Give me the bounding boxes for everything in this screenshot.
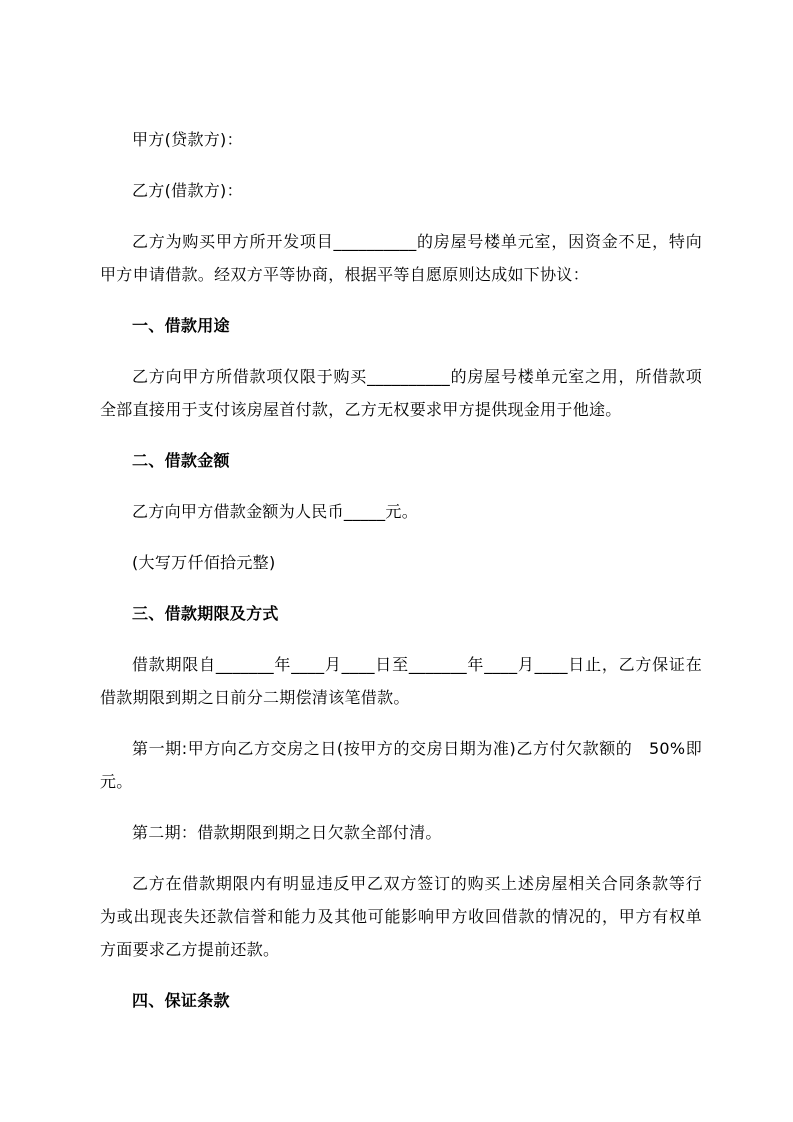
section-1-body-paragraph: 乙方向甲方所借款项仅限于购买__________的房屋号楼单元室之用，所借款项全… [100, 360, 702, 426]
section-3-term-paragraph: 借款期限自_______年____月____日至_______年____月___… [100, 648, 702, 714]
section-2-heading: 二、借款金额 [100, 444, 702, 477]
party-a-line: 甲方(贷款方)： [100, 123, 702, 156]
section-3-heading: 三、借款期限及方式 [100, 597, 702, 630]
section-1-heading: 一、借款用途 [100, 309, 702, 342]
contract-body: 甲方(贷款方)： 乙方(借款方)： 乙方为购买甲方所开发项目__________… [100, 123, 702, 1017]
party-b-line: 乙方(借款方)： [100, 174, 702, 207]
section-3-early-repayment-paragraph: 乙方在借款期限内有明显违反甲乙双方签订的购买上述房屋相关合同条款等行为或出现丧失… [100, 867, 702, 966]
section-3-installment-1-paragraph: 第一期:甲方向乙方交房之日(按甲方的交房日期为准)乙方付欠款额的 50%即元。 [100, 732, 702, 798]
section-3-installment-2-paragraph: 第二期：借款期限到期之日欠款全部付清。 [100, 816, 702, 849]
section-4-heading: 四、保证条款 [100, 984, 702, 1017]
section-2-amount-words-paragraph: (大写万仟佰拾元整) [100, 546, 702, 579]
document-page: 甲方(贷款方)： 乙方(借款方)： 乙方为购买甲方所开发项目__________… [0, 0, 793, 1122]
section-2-amount-paragraph: 乙方向甲方借款金额为人民币_____元。 [100, 495, 702, 528]
preamble-paragraph: 乙方为购买甲方所开发项目__________的房屋号楼单元室，因资金不足，特向甲… [100, 225, 702, 291]
